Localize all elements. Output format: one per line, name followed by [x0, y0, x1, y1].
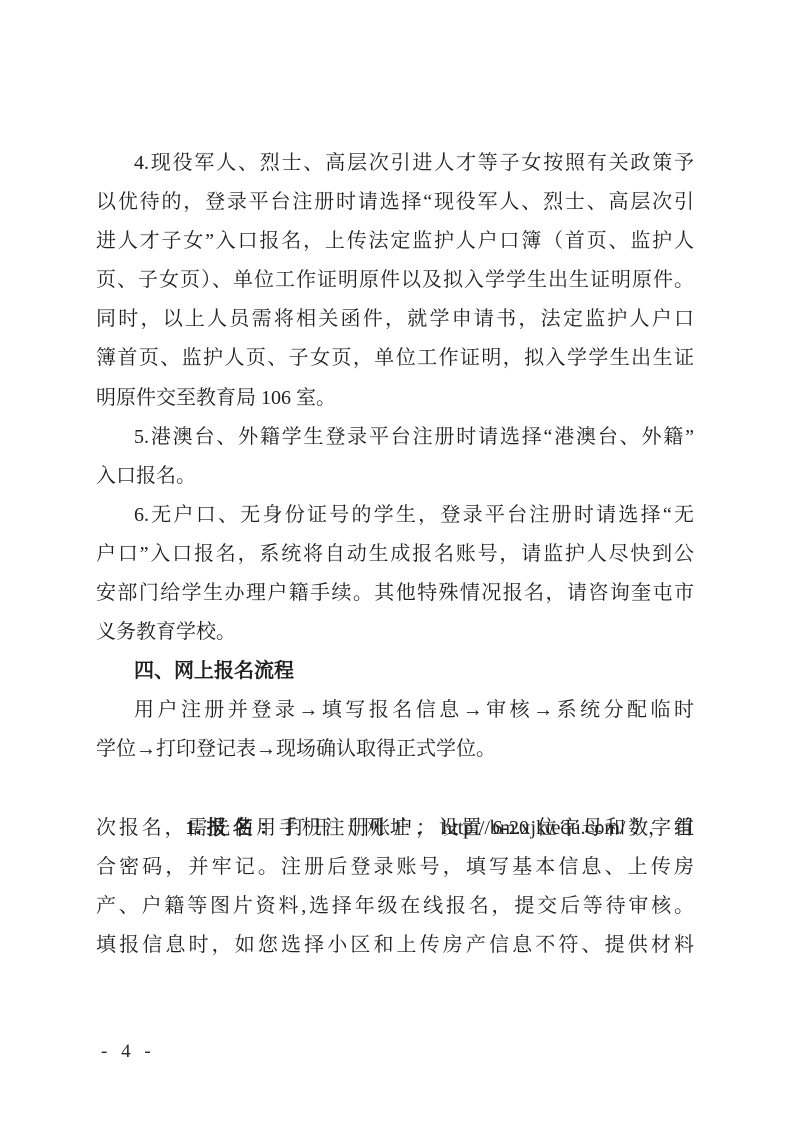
paragraph-item-5: 5.港澳台、外籍学生登录平台注册时请选择“港澳台、外籍” 入口报名。	[96, 418, 694, 496]
text-line: 用户注册并登录→填写报名信息→审核→系统分配临时	[96, 691, 694, 730]
text-line: 进人才子女”入口报名，上传法定监护人户口簿（首页、监护人	[96, 222, 694, 261]
paragraph-item-4: 4.现役军人、烈士、高层次引进人才等子女按照有关政策予 以优待的，登录平台注册时…	[96, 144, 694, 418]
text-line: 学位→打印登记表→现场确认取得正式学位。	[96, 730, 694, 769]
paragraph-item-6: 6.无户口、无身份证号的学生，登录平台注册时请选择“无 户口”入口报名，系统将自…	[96, 496, 694, 652]
text-line: 安部门给学生办理户籍手续。其他特殊情况报名，请咨询奎屯市	[96, 574, 694, 613]
text-line: 次报名，需先使用手机注册账户，设置 6-20 位字母和数字组	[96, 809, 694, 848]
document-page: 4.现役军人、烈士、高层次引进人才等子女按照有关政策予 以优待的，登录平台注册时…	[0, 0, 793, 1122]
section-heading: 四、网上报名流程	[96, 652, 694, 691]
text-line: 明原件交至教育局 106 室。	[96, 379, 694, 418]
document-body: 4.现役军人、烈士、高层次引进人才等子女按照有关政策予 以优待的，登录平台注册时…	[96, 144, 694, 965]
text-line: 5.港澳台、外籍学生登录平台注册时请选择“港澳台、外籍”	[96, 418, 694, 457]
text-line: 入口报名。	[96, 457, 694, 496]
text-line: 填报信息时，如您选择小区和上传房产信息不符、提供材料	[96, 926, 694, 965]
text-line: 6.无户口、无身份证号的学生，登录平台注册时请选择“无	[96, 496, 694, 535]
paragraph-flow: 用户注册并登录→填写报名信息→审核→系统分配临时 学位→打印登记表→现场确认取得…	[96, 691, 694, 769]
text-line: 1.报名：打开（网址：http://bm.xjktedu.com/），首	[96, 770, 694, 809]
text-line: 同时，以上人员需将相关函件，就学申请书，法定监护人户口	[96, 300, 694, 339]
text-line: 义务教育学校。	[96, 613, 694, 652]
text-line: 簿首页、监护人页、子女页，单位工作证明，拟入学学生出生证	[96, 339, 694, 378]
text-line: 4.现役军人、烈士、高层次引进人才等子女按照有关政策予	[96, 144, 694, 183]
page-number: - 4 -	[101, 1041, 153, 1063]
text-line: 合密码，并牢记。注册后登录账号，填写基本信息、上传房	[96, 848, 694, 887]
text-line: 页、子女页）、单位工作证明原件以及拟入学学生出生证明原件。	[96, 261, 694, 300]
text-line: 户口”入口报名，系统将自动生成报名账号，请监护人尽快到公	[96, 535, 694, 574]
paragraph-step-1: 1.报名：打开（网址：http://bm.xjktedu.com/），首 次报名…	[96, 770, 694, 965]
text-line: 以优待的，登录平台注册时请选择“现役军人、烈士、高层次引	[96, 183, 694, 222]
text-line: 产、户籍等图片资料,选择年级在线报名，提交后等待审核。	[96, 887, 694, 926]
